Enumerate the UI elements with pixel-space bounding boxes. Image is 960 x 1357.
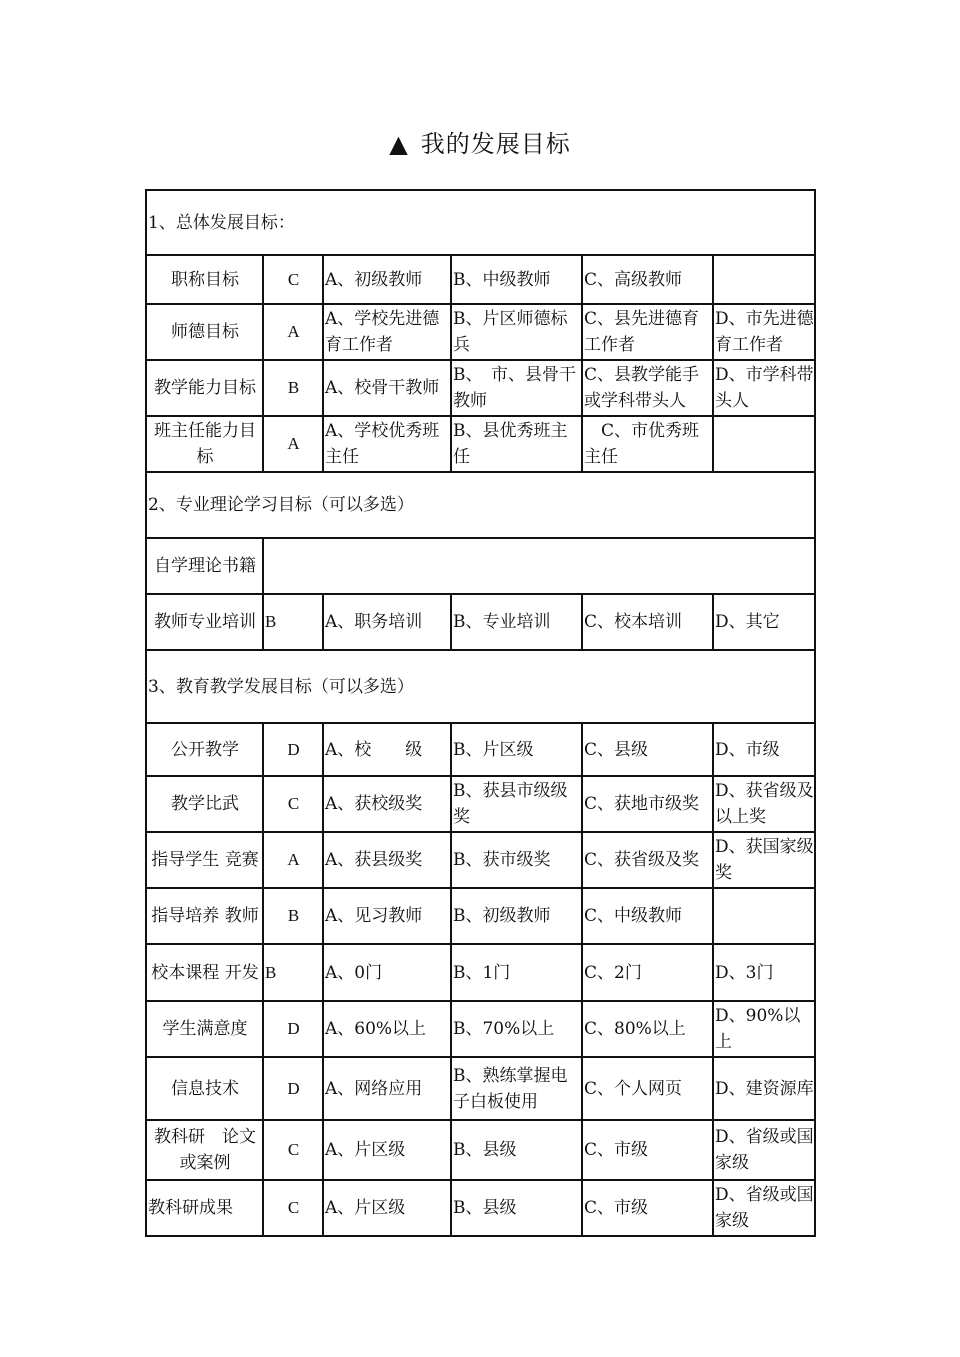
- table-row: 教科研 论文或案例 C A、片区级 B、县级 C、市级 D、省级或国家级: [146, 1120, 815, 1180]
- row-label: 职称目标: [146, 255, 263, 304]
- selected-choice[interactable]: C: [263, 1180, 323, 1236]
- selected-choice[interactable]: B: [263, 360, 323, 416]
- selected-choice[interactable]: D: [263, 1057, 323, 1120]
- option-b: B、70%以上: [451, 1001, 582, 1057]
- selected-choice[interactable]: D: [263, 723, 323, 776]
- page-title-text: 我的发展目标: [421, 130, 571, 158]
- option-b: B、片区级: [451, 723, 582, 776]
- option-a: A、片区级: [323, 1120, 451, 1180]
- row-label: 师德目标: [146, 304, 263, 360]
- option-c: C、县级: [582, 723, 713, 776]
- option-a: A、60%以上: [323, 1001, 451, 1057]
- option-a: A、初级教师: [323, 255, 451, 304]
- row-label: 自学理论书籍: [146, 538, 263, 594]
- selected-choice[interactable]: A: [263, 304, 323, 360]
- triangle-icon: ▲: [389, 130, 408, 158]
- selected-choice[interactable]: D: [263, 1001, 323, 1057]
- option-c: C、县先进德育工作者: [582, 304, 713, 360]
- option-a: A、学校优秀班主任: [323, 416, 451, 472]
- table-row: 校本课程 开发 B A、0门 B、1门 C、2门 D、3门: [146, 944, 815, 1001]
- table-row: 自学理论书籍: [146, 538, 815, 594]
- selected-choice[interactable]: C: [263, 776, 323, 832]
- option-d: D、市学科带头人: [713, 360, 815, 416]
- row-label: 教师专业培训: [146, 594, 263, 650]
- option-c: C、获地市级奖: [582, 776, 713, 832]
- option-b: B、初级教师: [451, 888, 582, 944]
- option-b: B、获县市级级奖: [451, 776, 582, 832]
- option-c: C、高级教师: [582, 255, 713, 304]
- section-heading: 1、总体发展目标：: [146, 190, 815, 255]
- option-a: A、学校先进德育工作者: [323, 304, 451, 360]
- option-c: C、市级: [582, 1120, 713, 1180]
- option-d: D、市级: [713, 723, 815, 776]
- row-label: 指导培养 教师: [146, 888, 263, 944]
- section-heading: 2、专业理论学习目标（可以多选）: [146, 472, 815, 538]
- option-c: C、中级教师: [582, 888, 713, 944]
- section-heading: 3、教育教学发展目标（可以多选）: [146, 650, 815, 723]
- table-row: 教学能力目标 B A、校骨干教师 B、 市、县骨干教师 C、县教学能手或学科带头…: [146, 360, 815, 416]
- option-d: D、省级或国家级: [713, 1180, 815, 1236]
- option-d: [713, 255, 815, 304]
- option-a: A、校骨干教师: [323, 360, 451, 416]
- option-c: C、县教学能手或学科带头人: [582, 360, 713, 416]
- row-label: 教科研成果: [146, 1180, 263, 1236]
- option-d: D、90%以上: [713, 1001, 815, 1057]
- option-b: B、熟练掌握电子白板使用: [451, 1057, 582, 1120]
- row-label: 校本课程 开发: [146, 944, 263, 1001]
- table-row: 指导培养 教师 B A、见习教师 B、初级教师 C、中级教师: [146, 888, 815, 944]
- option-a: A、获县级奖: [323, 832, 451, 888]
- selected-choice[interactable]: B: [263, 944, 323, 1001]
- option-a: A、职务培训: [323, 594, 451, 650]
- option-b: B、中级教师: [451, 255, 582, 304]
- row-label: 信息技术: [146, 1057, 263, 1120]
- table-row: 班主任能力目标 A A、学校优秀班主任 B、县优秀班主任 C、市优秀班主任: [146, 416, 815, 472]
- row-label: 公开教学: [146, 723, 263, 776]
- option-b: B、1门: [451, 944, 582, 1001]
- table-row: 师德目标 A A、学校先进德育工作者 B、片区师德标兵 C、县先进德育工作者 D…: [146, 304, 815, 360]
- development-goals-table: 1、总体发展目标： 职称目标 C A、初级教师 B、中级教师 C、高级教师 师德…: [145, 189, 816, 1237]
- option-b: B、片区师德标兵: [451, 304, 582, 360]
- selected-choice[interactable]: A: [263, 832, 323, 888]
- table-row: 职称目标 C A、初级教师 B、中级教师 C、高级教师: [146, 255, 815, 304]
- table-row: 教学比武 C A、获校级奖 B、获县市级级奖 C、获地市级奖 D、获省级及以上奖: [146, 776, 815, 832]
- row-label: 学生满意度: [146, 1001, 263, 1057]
- option-a: A、网络应用: [323, 1057, 451, 1120]
- option-b: B、县优秀班主任: [451, 416, 582, 472]
- option-d: D、建资源库: [713, 1057, 815, 1120]
- self-study-books-field[interactable]: [263, 538, 815, 594]
- row-label: 指导学生 竞赛: [146, 832, 263, 888]
- selected-choice[interactable]: C: [263, 255, 323, 304]
- option-d: [713, 888, 815, 944]
- selected-choice[interactable]: B: [263, 888, 323, 944]
- option-a: A、见习教师: [323, 888, 451, 944]
- section-heading-row: 3、教育教学发展目标（可以多选）: [146, 650, 815, 723]
- option-a: A、片区级: [323, 1180, 451, 1236]
- option-d: D、其它: [713, 594, 815, 650]
- option-c: C、2门: [582, 944, 713, 1001]
- selected-choice[interactable]: A: [263, 416, 323, 472]
- table-row: 指导学生 竞赛 A A、获县级奖 B、获市级奖 C、获省级及奖 D、获国家级奖: [146, 832, 815, 888]
- option-b: B、专业培训: [451, 594, 582, 650]
- option-b: B、县级: [451, 1180, 582, 1236]
- table-row: 公开教学 D A、校 级 B、片区级 C、县级 D、市级: [146, 723, 815, 776]
- table-row: 教科研成果 C A、片区级 B、县级 C、市级 D、省级或国家级: [146, 1180, 815, 1236]
- option-b: B、县级: [451, 1120, 582, 1180]
- option-c: C、校本培训: [582, 594, 713, 650]
- option-d: D、获国家级奖: [713, 832, 815, 888]
- section-heading-row: 1、总体发展目标：: [146, 190, 815, 255]
- option-d: [713, 416, 815, 472]
- table-row: 信息技术 D A、网络应用 B、熟练掌握电子白板使用 C、个人网页 D、建资源库: [146, 1057, 815, 1120]
- option-d: D、获省级及以上奖: [713, 776, 815, 832]
- option-d: D、省级或国家级: [713, 1120, 815, 1180]
- table-row: 学生满意度 D A、60%以上 B、70%以上 C、80%以上 D、90%以上: [146, 1001, 815, 1057]
- table-row: 教师专业培训 B A、职务培训 B、专业培训 C、校本培训 D、其它: [146, 594, 815, 650]
- option-a: A、校 级: [323, 723, 451, 776]
- selected-choice[interactable]: C: [263, 1120, 323, 1180]
- option-c: C、市级: [582, 1180, 713, 1236]
- row-label: 教学比武: [146, 776, 263, 832]
- row-label: 教科研 论文或案例: [146, 1120, 263, 1180]
- option-d: D、市先进德育工作者: [713, 304, 815, 360]
- option-d: D、3门: [713, 944, 815, 1001]
- row-label: 教学能力目标: [146, 360, 263, 416]
- selected-choice[interactable]: B: [263, 594, 323, 650]
- option-c: C、市优秀班主任: [582, 416, 713, 472]
- row-label: 班主任能力目标: [146, 416, 263, 472]
- option-b: B、 市、县骨干教师: [451, 360, 582, 416]
- option-a: A、获校级奖: [323, 776, 451, 832]
- section-heading-row: 2、专业理论学习目标（可以多选）: [146, 472, 815, 538]
- option-c: C、80%以上: [582, 1001, 713, 1057]
- option-b: B、获市级奖: [451, 832, 582, 888]
- option-c: C、个人网页: [582, 1057, 713, 1120]
- option-c: C、获省级及奖: [582, 832, 713, 888]
- page-title: ▲我的发展目标: [0, 124, 960, 159]
- option-a: A、0门: [323, 944, 451, 1001]
